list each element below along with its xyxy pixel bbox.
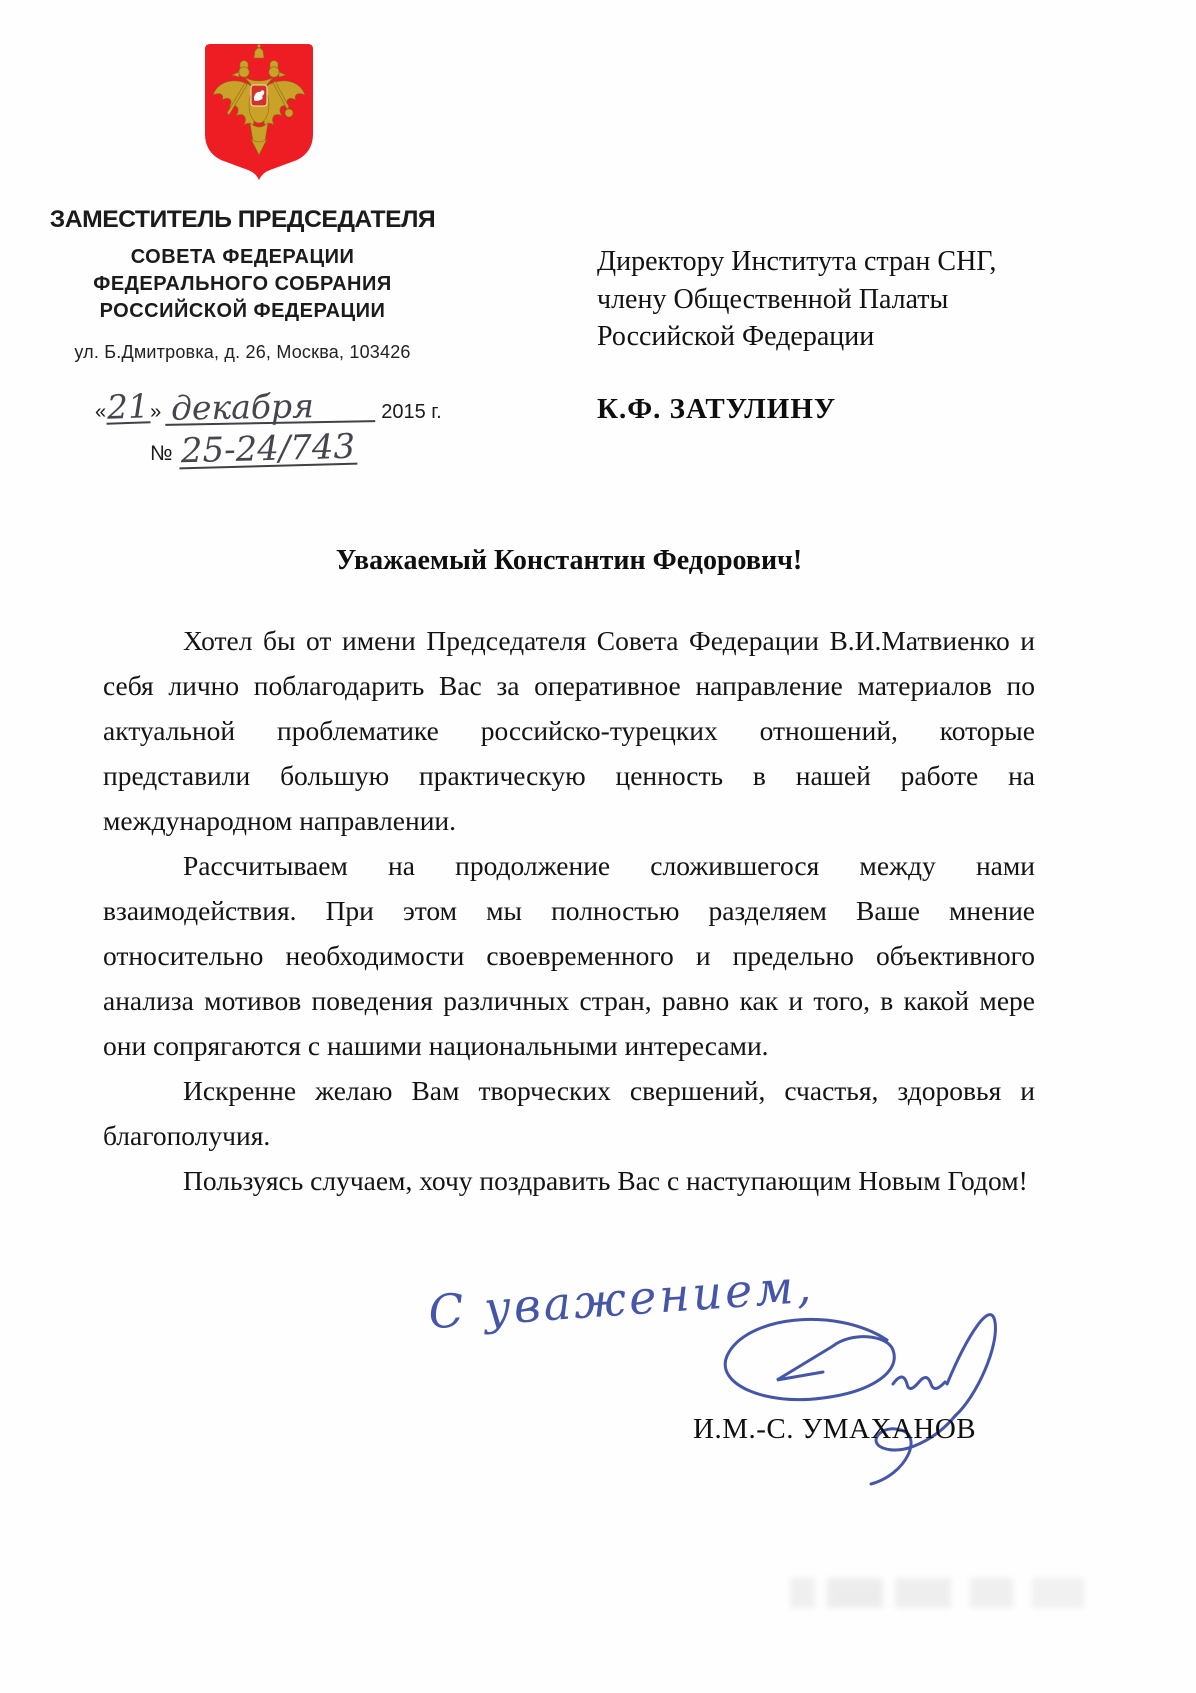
paragraph-2: Рассчитываем на продолжение сложившегося… [103,843,1035,1068]
scanned-letter-page: ЗАМЕСТИТЕЛЬ ПРЕДСЕДАТЕЛЯ СОВЕТА ФЕДЕРАЦИ… [0,0,1196,1693]
letterhead-title-line4: РОССИЙСКОЙ ФЕДЕРАЦИИ [40,298,445,325]
signature-flourish [655,1288,1035,1498]
date-close-quote: » [150,401,161,423]
signer-name: И.М.-С. УМАХАНОВ [693,1413,976,1446]
date-open-quote: « [95,401,106,423]
letterhead-block: ЗАМЕСТИТЕЛЬ ПРЕДСЕДАТЕЛЯ СОВЕТА ФЕДЕРАЦИ… [40,205,445,363]
letterhead-spacer [40,235,445,244]
letterhead-title-line2: СОВЕТА ФЕДЕРАЦИИ [40,244,445,271]
handwritten-number: 25-24/743 [178,431,357,470]
recipient-line1: Директору Института стран СНГ, [597,243,1067,281]
number-label: № [150,442,173,465]
recipient-name: К.Ф. ЗАТУЛИНУ [597,393,836,426]
russian-coat-of-arms-emblem [201,39,317,184]
document-number-line: №25-24/743 [150,433,357,467]
scan-artifact [790,1578,1100,1608]
letterhead-address: ул. Б.Дмитровка, д. 26, Москва, 103426 [40,342,445,363]
letter-body: Хотел бы от имени Председателя Совета Фе… [103,618,1035,1203]
recipient-block: Директору Института стран СНГ, члену Общ… [597,243,1067,356]
recipient-line2: члену Общественной Палаты [597,281,1067,319]
date-year: 2015 г. [381,401,441,423]
paragraph-4: Пользуясь случаем, хочу поздравить Вас с… [103,1158,1035,1203]
paragraph-1: Хотел бы от имени Председателя Совета Фе… [103,618,1035,843]
handwritten-day: 21 [106,391,151,425]
letterhead-title-line1: ЗАМЕСТИТЕЛЬ ПРЕДСЕДАТЕЛЯ [34,205,451,235]
salutation: Уважаемый Константин Федорович! [103,545,1035,577]
handwritten-month: декабря [165,390,376,426]
date-line: «21»декабря2015 г. [95,392,435,424]
paragraph-3: Искренне желаю Вам творческих свершений,… [103,1068,1035,1158]
recipient-line3: Российской Федерации [597,318,1067,356]
letterhead-title-line3: ФЕДЕРАЛЬНОГО СОБРАНИЯ [40,271,445,298]
